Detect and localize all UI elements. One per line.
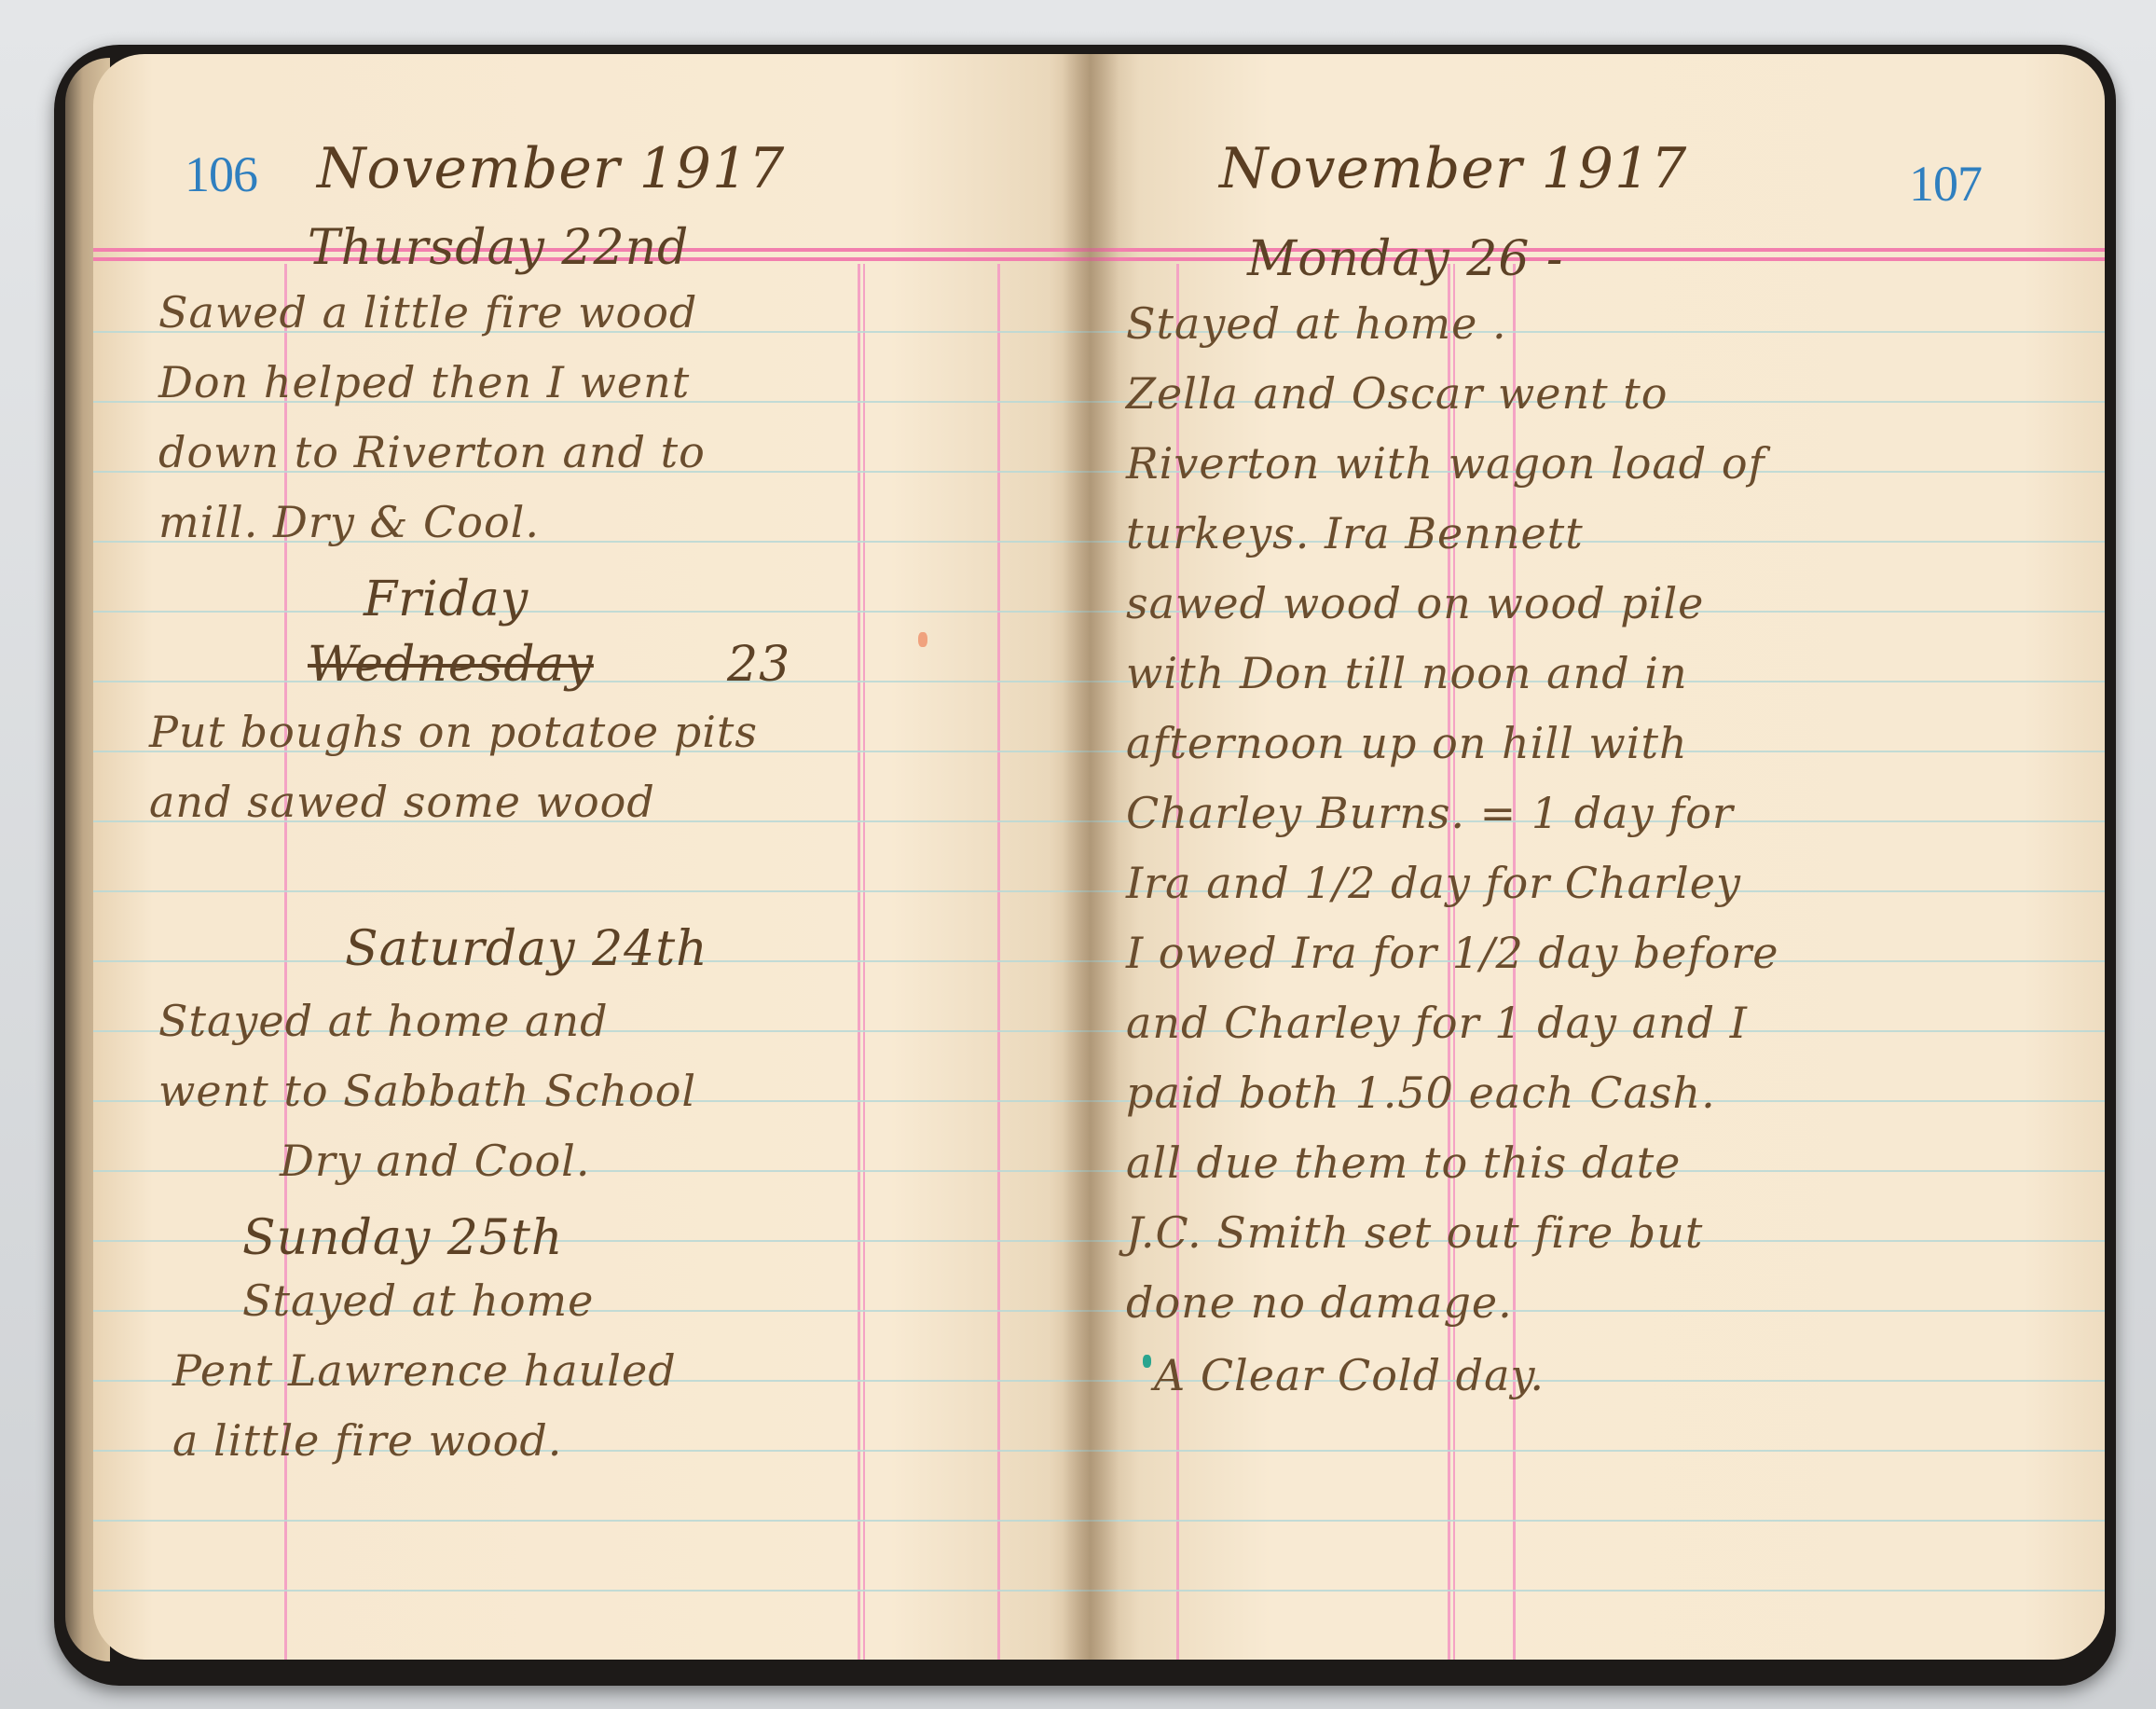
- entry-line: Riverton with wagon load of: [1126, 438, 1765, 489]
- day-heading-thursday: Thursday 22nd: [308, 220, 689, 276]
- entry-line: Stayed at home and: [158, 996, 609, 1046]
- ruled-line: [93, 1170, 1089, 1172]
- entry-line: and sawed some wood: [149, 777, 655, 827]
- ink-speck: [1143, 1355, 1151, 1368]
- entry-line: with Don till noon and in: [1126, 648, 1688, 698]
- day-heading-monday: Monday 26 -: [1247, 231, 1564, 287]
- entry-line: Stayed at home: [242, 1275, 594, 1326]
- paper-stain: [918, 632, 927, 647]
- entry-line: Sawed a little fire wood: [158, 287, 697, 338]
- entry-line: Don helped then I went: [158, 357, 690, 407]
- ruled-line: [93, 1590, 1089, 1592]
- entry-line: all due them to this date: [1126, 1137, 1681, 1188]
- entry-line: Zella and Oscar went to: [1126, 368, 1668, 419]
- day-heading-correction: Friday: [364, 572, 529, 627]
- ruled-line: [93, 890, 1089, 892]
- entry-line: Dry and Cool.: [280, 1136, 591, 1186]
- header-rule-top: [1089, 248, 2105, 252]
- month-header: November 1917: [1219, 136, 1687, 201]
- ruled-line: [1089, 1450, 2105, 1452]
- entry-line: Put boughs on potatoe pits: [149, 707, 758, 757]
- entry-line: went to Sabbath School: [158, 1066, 696, 1116]
- entry-line: J.C. Smith set out fire but: [1126, 1207, 1703, 1258]
- entry-line: paid both 1.50 each Cash.: [1126, 1068, 1716, 1118]
- month-header: November 1917: [317, 136, 785, 201]
- entry-line: turkeys. Ira Bennett: [1126, 508, 1584, 558]
- entry-line: afternoon up on hill with: [1126, 718, 1688, 768]
- left-page: 106 November 1917 Thursday 22nd Sawed a …: [93, 54, 1089, 1660]
- entry-line: I owed Ira for 1/2 day before: [1126, 928, 1778, 978]
- ruled-line: [1089, 1520, 2105, 1522]
- day-heading-sunday: Sunday 25th: [242, 1210, 563, 1266]
- entry-line: Ira and 1/2 day for Charley: [1126, 858, 1741, 908]
- ruled-line: [1089, 1590, 2105, 1592]
- entry-line: Charley Burns. = 1 day for: [1126, 788, 1734, 838]
- entry-line: Pent Lawrence hauled: [172, 1345, 677, 1396]
- entry-line: mill. Dry & Cool.: [158, 497, 540, 547]
- entry-line: sawed wood on wood pile: [1126, 578, 1704, 628]
- ruled-line: [93, 1520, 1089, 1522]
- page-number: 107: [1909, 155, 1982, 213]
- entry-line: a little fire wood.: [172, 1415, 562, 1466]
- ruled-line: [93, 611, 1089, 613]
- entry-line: Stayed at home .: [1126, 298, 1507, 349]
- header-rule-bottom: [1089, 257, 2105, 261]
- entry-line: done no damage.: [1126, 1277, 1513, 1328]
- page-number: 106: [185, 145, 257, 203]
- day-heading-struck: Wednesday: [308, 637, 594, 693]
- day-heading-saturday: Saturday 24th: [345, 921, 708, 977]
- entry-line: A Clear Cold day.: [1154, 1350, 1545, 1400]
- day-number: 23: [727, 637, 790, 693]
- entry-line: and Charley for 1 day and I: [1126, 998, 1748, 1048]
- entry-line: down to Riverton and to: [158, 427, 706, 477]
- right-page: November 1917 107 Monday 26 - Stayed at …: [1089, 54, 2105, 1660]
